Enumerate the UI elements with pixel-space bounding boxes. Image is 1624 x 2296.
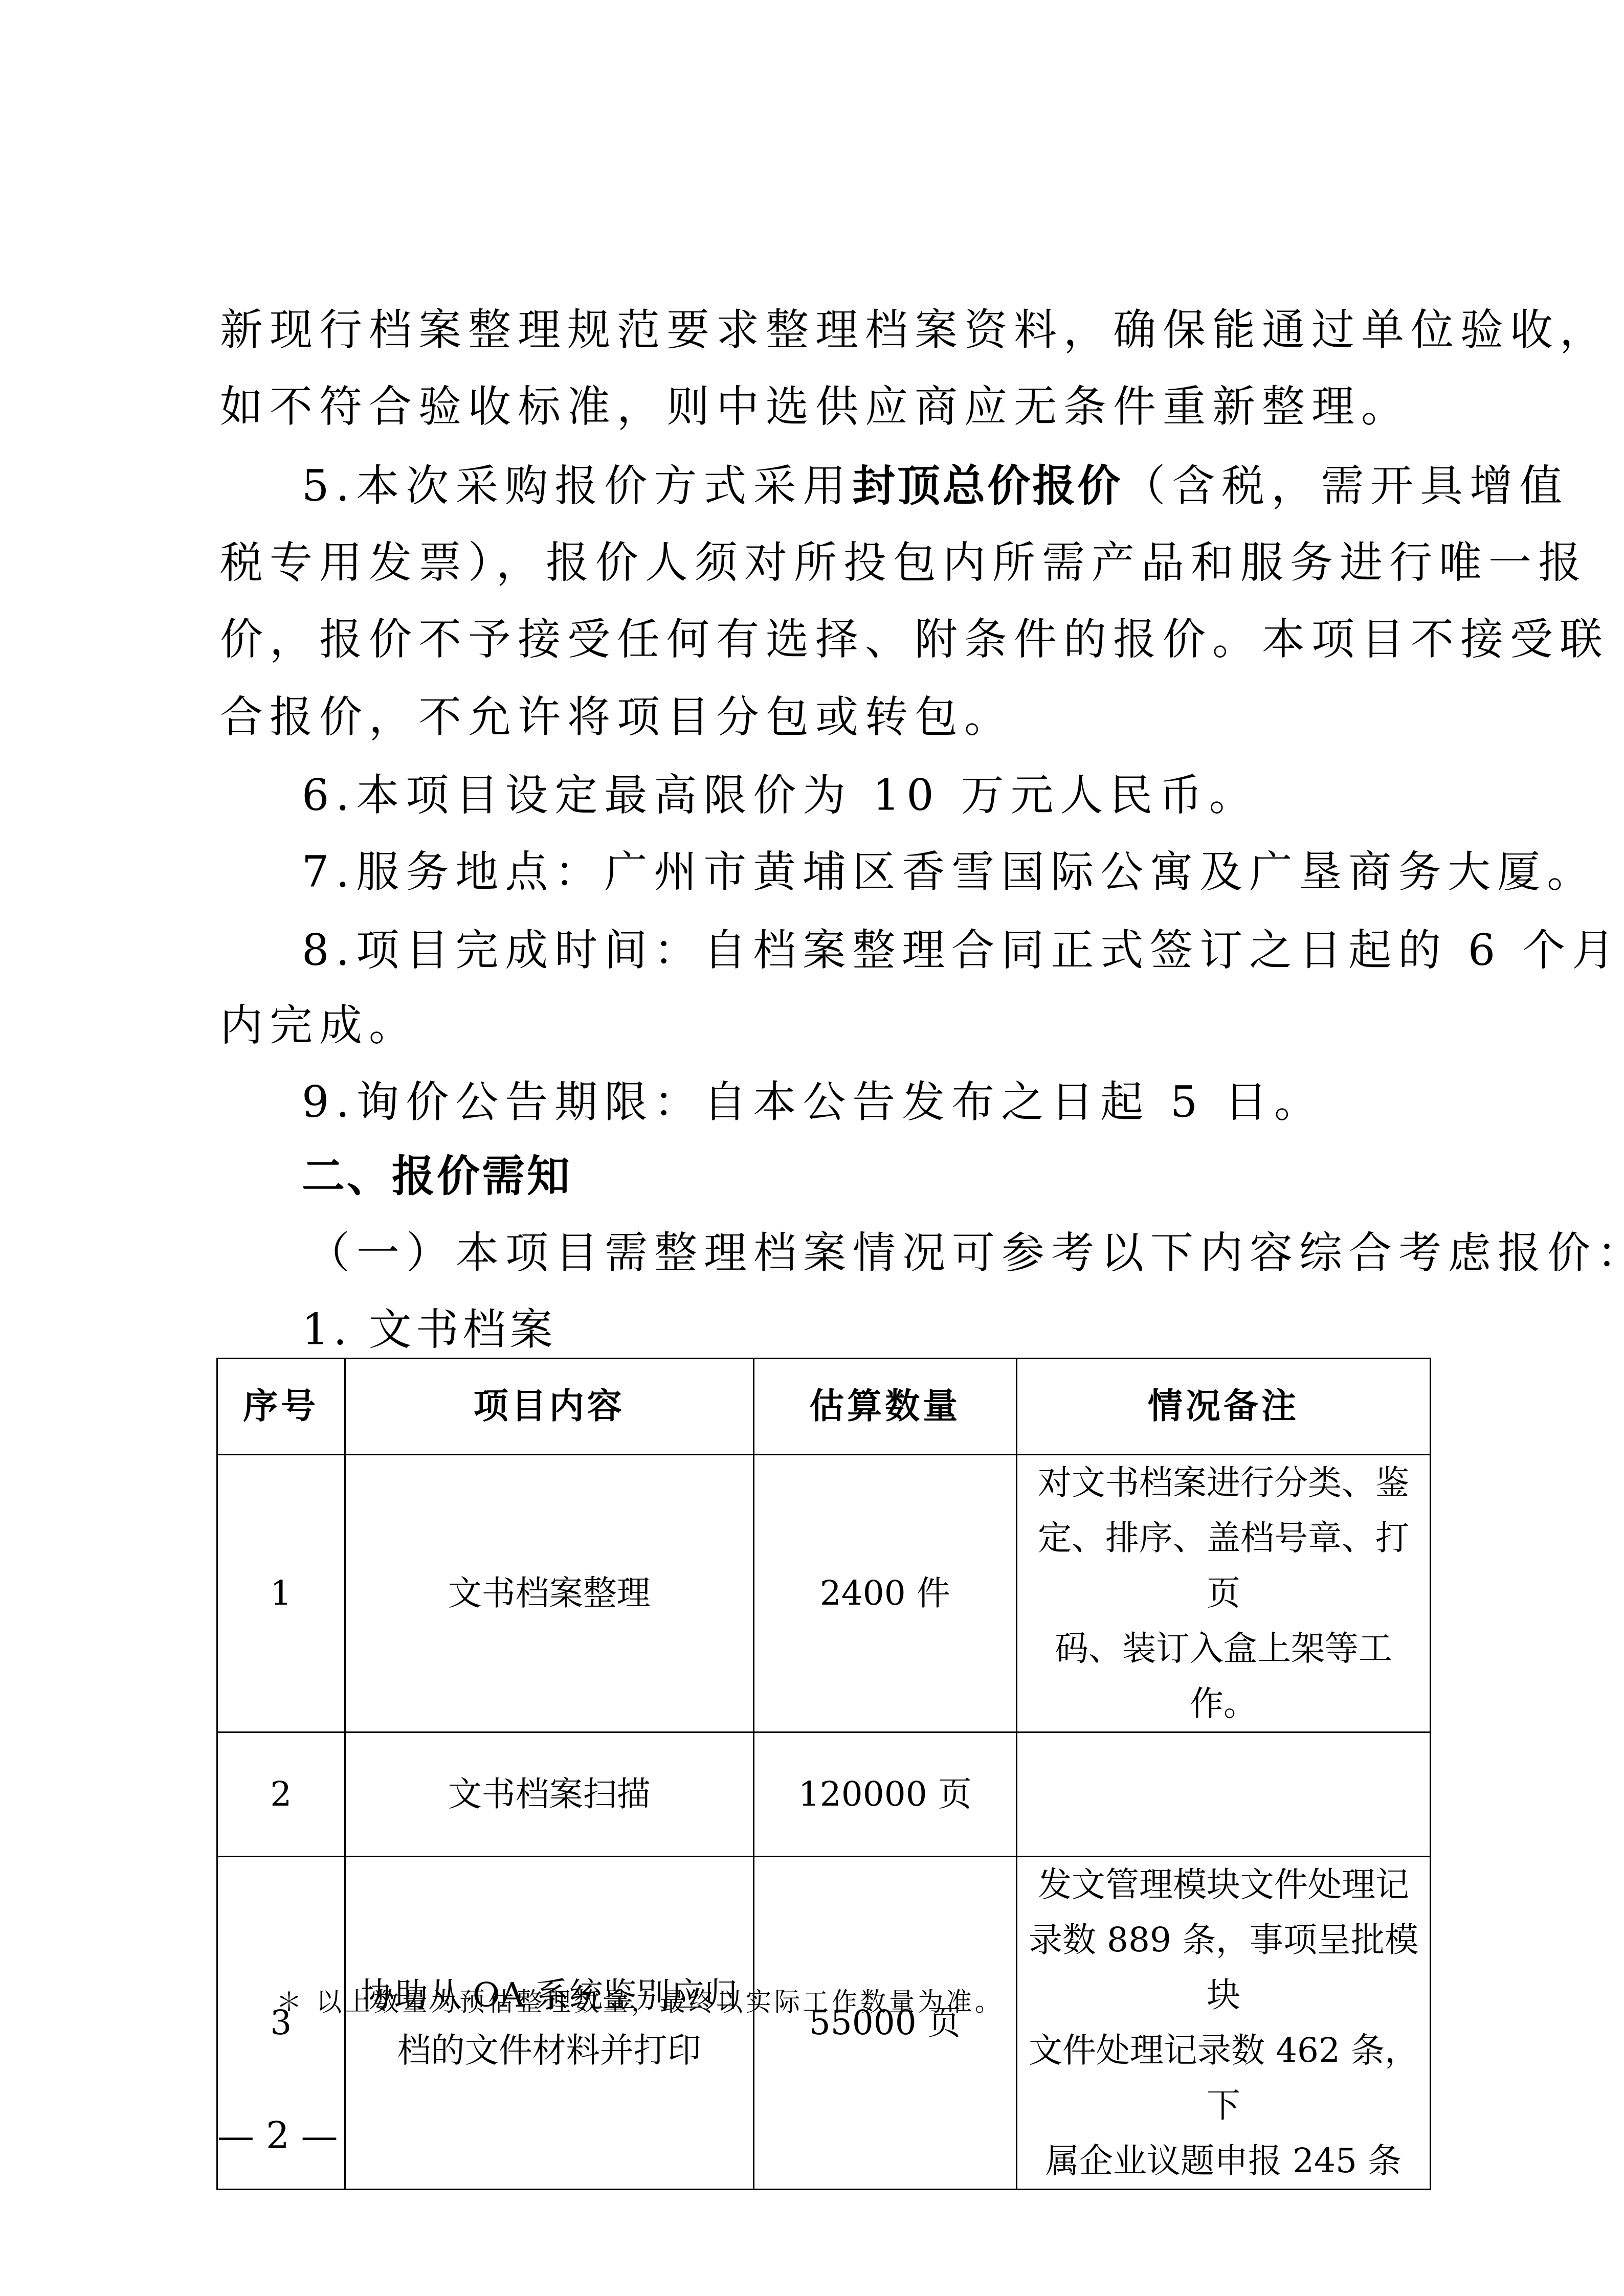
paragraph-5-suffix: （含税，需开具增值 (1122, 461, 1569, 511)
item-heading-document-archives: 1. 文书档案 (302, 1304, 1514, 1355)
header-serial-number: 序号 (217, 1359, 345, 1455)
paragraph-5-line2: 税专用发票），报价人须对所投包内所需产品和服务进行唯一报 (220, 537, 1432, 588)
paragraph-4-continuation-line2: 如不符合验收标准，则中选供应商应无条件重新整理。 (220, 381, 1432, 432)
remark-line: 文件处理记录数 462 条，下 (1025, 2023, 1422, 2133)
remark-line: 发文管理模块文件处理记 (1025, 1857, 1422, 1912)
cell-item-content: 文书档案整理 (345, 1455, 753, 1732)
paragraph-6: 6.本项目设定最高限价为 10 万元人民币。 (302, 770, 1514, 821)
cell-remarks-empty (1017, 1732, 1431, 1857)
cell-remarks: 对文书档案进行分类、鉴 定、排序、盖档号章、打页 码、装订入盒上架等工作。 (1017, 1455, 1431, 1732)
table-row: 1 文书档案整理 2400 件 对文书档案进行分类、鉴 定、排序、盖档号章、打页… (217, 1455, 1431, 1732)
remark-line: 定、排序、盖档号章、打页 (1025, 1511, 1422, 1621)
header-item-content: 项目内容 (345, 1359, 753, 1455)
paragraph-8-line2: 内完成。 (220, 1000, 1432, 1051)
section-heading-quotation-notice: 二、报价需知 (302, 1151, 1514, 1202)
paragraph-5-line4: 合报价，不允许将项目分包或转包。 (220, 691, 1432, 742)
table-header-row: 序号 项目内容 估算数量 情况备注 (217, 1359, 1431, 1455)
table-footnote: ＊ 以上数量为预估整理数量，最终以实际工作数量为准。 (276, 1982, 1004, 2018)
cell-estimated-quantity: 55000 页 (753, 1857, 1017, 2190)
paragraph-8-line1: 8.项目完成时间：自档案整理合同正式签订之日起的 6 个月 (302, 925, 1514, 976)
remark-line: 对文书档案进行分类、鉴 (1025, 1455, 1422, 1511)
table-row: 3 协助从 OA 系统鉴别应归 档的文件材料并打印 55000 页 发文管理模块… (217, 1857, 1431, 2190)
table-row: 2 文书档案扫描 120000 页 (217, 1732, 1431, 1857)
cell-item-content: 协助从 OA 系统鉴别应归 档的文件材料并打印 (345, 1857, 753, 2190)
subsection-heading-archive-situation: （一）本项目需整理档案情况可参考以下内容综合考虑报价： (307, 1227, 1519, 1278)
cell-estimated-quantity: 120000 页 (753, 1732, 1017, 1857)
remark-line: 属企业议题申报 245 条 (1025, 2133, 1422, 2189)
header-remarks: 情况备注 (1017, 1359, 1431, 1455)
remark-line: 录数 889 条，事项呈批模块 (1025, 1912, 1422, 2023)
paragraph-7: 7.服务地点：广州市黄埔区香雪国际公寓及广垦商务大厦。 (302, 846, 1514, 897)
cell-serial-number: 1 (217, 1455, 345, 1732)
cell-serial-number: 2 (217, 1732, 345, 1857)
paragraph-5-line3: 价，报价不予接受任何有选择、附条件的报价。本项目不接受联 (220, 614, 1432, 665)
paragraph-5-prefix: 5.本次采购报价方式采用 (302, 461, 852, 511)
paragraph-4-continuation-line1: 新现行档案整理规范要求整理档案资料，确保能通过单位验收， (220, 304, 1432, 355)
cell-item-content: 文书档案扫描 (345, 1732, 753, 1857)
content-line: 档的文件材料并打印 (353, 2023, 746, 2078)
paragraph-5-line1: 5.本次采购报价方式采用封顶总价报价（含税，需开具增值 (302, 460, 1514, 511)
archive-estimate-table: 序号 项目内容 估算数量 情况备注 1 文书档案整理 2400 件 对文书档案进… (216, 1358, 1431, 2190)
cell-estimated-quantity: 2400 件 (753, 1455, 1017, 1732)
header-estimated-quantity: 估算数量 (753, 1359, 1017, 1455)
page-number: — 2 — (217, 2114, 338, 2157)
paragraph-9: 9.询价公告期限：自本公告发布之日起 5 日。 (302, 1076, 1514, 1128)
remark-line: 码、装订入盒上架等工作。 (1025, 1621, 1422, 1731)
paragraph-5-bold-emphasis: 封顶总价报价 (852, 461, 1122, 511)
cell-remarks: 发文管理模块文件处理记 录数 889 条，事项呈批模块 文件处理记录数 462 … (1017, 1857, 1431, 2190)
